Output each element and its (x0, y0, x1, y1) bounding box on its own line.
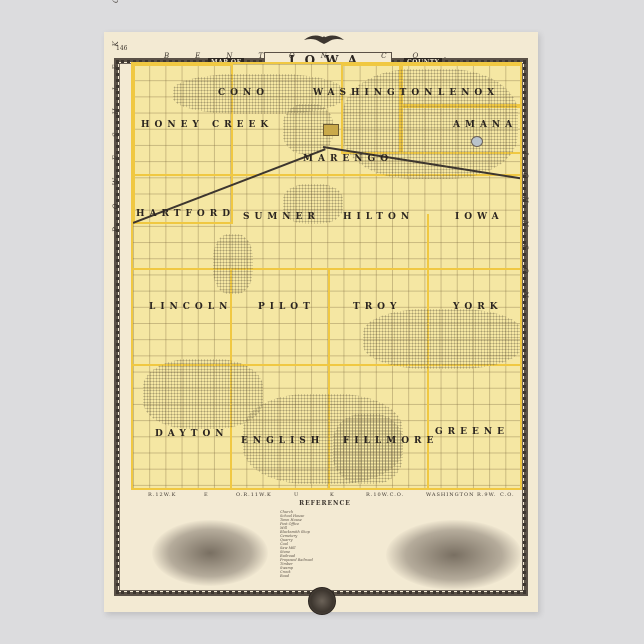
township-label: YORK (453, 302, 503, 312)
timber-area (213, 234, 253, 294)
range-label: O.R.11W.K (236, 492, 272, 498)
reference-title: REFERENCE (280, 500, 370, 507)
township-label: PILOT (258, 302, 315, 312)
township-label: LINCOLN (149, 302, 232, 312)
township-label: AMANA (453, 120, 517, 130)
range-label: R.12W.K (148, 492, 176, 498)
township-label: GREENE (435, 427, 509, 437)
township-label: FILLMORE (343, 436, 438, 446)
poster-page: 146 MAP OF IOWA COUNTY BENTON CO. POWESH… (104, 32, 538, 612)
timber-area (363, 309, 522, 369)
range-label: WASHINGTON R.9W. (426, 492, 496, 498)
lake (471, 136, 483, 147)
farmers-plowing-vignette (152, 520, 268, 586)
township-label: MARENGO (303, 154, 393, 164)
range-label: E (204, 492, 209, 498)
township-label: DAYTON (155, 429, 229, 439)
reference-legend: REFERENCE Church School House Town House… (280, 500, 370, 578)
township-label: SUMNER (243, 212, 320, 222)
township-label: CONO (218, 88, 269, 98)
reference-item: Road (280, 574, 370, 578)
range-label: K (330, 492, 335, 498)
township-label: WASHINGTON (313, 88, 437, 98)
township-label: HARTFORD (136, 209, 235, 219)
township-label: HILTON (343, 212, 414, 222)
township-label: IOWA (455, 212, 504, 222)
seal-medallion-icon (308, 587, 336, 615)
range-label: R.10W.C.O. (366, 492, 404, 498)
township-label: TROY (353, 302, 401, 312)
eagle-icon (302, 34, 346, 46)
township-label: HONEY CREEK (141, 120, 273, 130)
railroad-landscape-vignette (386, 520, 522, 590)
county-map: CONO WASHINGTON LENOX HONEY CREEK AMANA … (131, 62, 522, 490)
township-label: ENGLISH (241, 436, 324, 446)
range-label: C.O. (500, 492, 515, 498)
timber-area (333, 414, 403, 484)
township-label: LENOX (438, 88, 499, 98)
border-label-west: POWESHIEK CO. (112, 0, 120, 232)
border-label-north: BENTON CO. (164, 52, 472, 60)
marengo-city-block (323, 124, 339, 136)
range-label: U (294, 492, 299, 498)
